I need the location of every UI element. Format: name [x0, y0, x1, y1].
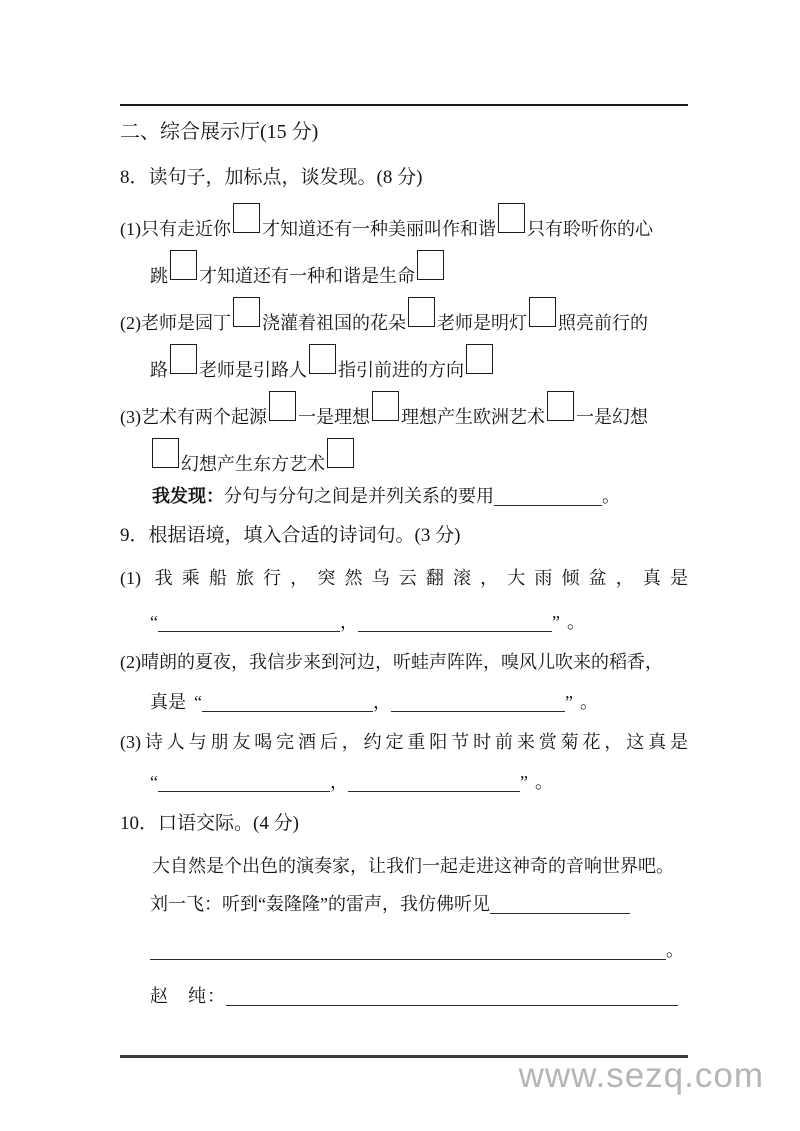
punctuation-box — [170, 250, 197, 280]
q9-item1-text: (1) 我乘船旅行，突然乌云翻滚，大雨倾盆，真是 — [120, 563, 688, 593]
punctuation-box — [269, 391, 296, 421]
q9-title: 9．根据语境，填入合适的诗词句。(3 分) — [120, 521, 688, 551]
punctuation-box — [529, 297, 556, 327]
q10-title: 10．口语交际。(4 分) — [120, 809, 688, 839]
punctuation-box — [309, 344, 336, 374]
content-area: 二、综合展示厅(15 分) 8．读句子，加标点，谈发现。(8 分) (1)只有走… — [120, 0, 688, 1058]
quote-open-mark: “ — [150, 772, 158, 792]
watermark: www.sezq.com — [519, 1056, 764, 1096]
quote-open-mark: “ — [150, 612, 158, 632]
liu-answer-blank — [490, 893, 630, 914]
q8-item2-line1: (2)老师是园丁浇灌着祖国的花朵老师是明灯照亮前行的 — [120, 297, 688, 338]
period-mark: 。 — [567, 612, 585, 632]
comma-mark: ， — [373, 692, 391, 712]
punctuation-box — [417, 250, 444, 280]
punctuation-box — [233, 297, 260, 327]
q8-item1-text: (1)只有走近你 — [120, 219, 231, 239]
q8-item2-line2: 路老师是引路人指引前进的方向 — [120, 344, 688, 385]
q9-item1-answer-line: “，”。 — [120, 607, 688, 637]
punctuation-box — [466, 344, 493, 374]
discovery-text: 分句与分句之间是并列关系的要用 — [224, 486, 494, 506]
answer-blank-2 — [348, 771, 520, 792]
exam-page: 二、综合展示厅(15 分) 8．读句子，加标点，谈发现。(8 分) (1)只有走… — [0, 0, 800, 1131]
quote-open-mark: “ — [194, 692, 202, 712]
q9-item2-answer-line: 真是“，”。 — [120, 687, 688, 717]
answer-blank-1 — [158, 611, 340, 632]
period-mark: 。 — [535, 772, 553, 792]
q8-item3-line1: (3)艺术有两个起源一是理想理想产生欧洲艺术一是幻想 — [120, 391, 688, 432]
period-mark: 。 — [666, 940, 684, 960]
section-heading: 二、综合展示厅(15 分) — [120, 117, 688, 147]
q10-zhao-line: 赵 纯： — [120, 981, 688, 1011]
continuation-blank — [150, 939, 666, 960]
discovery-blank — [494, 485, 602, 506]
q8-discovery-line: 我发现：分句与分句之间是并列关系的要用。 — [120, 481, 688, 511]
q8-item3-line2: 幻想产生东方艺术 — [120, 438, 688, 479]
q10-liu-line: 刘一飞：听到“轰隆隆”的雷声，我仿佛听见 — [120, 889, 688, 919]
punctuation-box — [170, 344, 197, 374]
answer-lead: 真是 — [150, 692, 186, 712]
zhao-label: 赵 纯： — [150, 986, 226, 1006]
punctuation-box — [152, 438, 179, 468]
punctuation-box — [498, 203, 525, 233]
zhao-answer-blank — [226, 985, 678, 1006]
q10-intro: 大自然是个出色的演奏家，让我们一起走进这神奇的音响世界吧。 — [120, 851, 688, 881]
q10-continuation-line: 。 — [120, 935, 688, 965]
q9-item3-text: (3)诗人与朋友喝完酒后，约定重阳节时前来赏菊花，这真是 — [120, 727, 688, 757]
quote-close-mark: ” — [520, 772, 528, 792]
answer-blank-2 — [358, 611, 552, 632]
comma-mark: ， — [340, 612, 358, 632]
punctuation-box — [547, 391, 574, 421]
q9-item2-text: (2)晴朗的夏夜，我信步来到河边，听蛙声阵阵，嗅风儿吹来的稻香， — [120, 647, 688, 677]
q8-title: 8．读句子，加标点，谈发现。(8 分) — [120, 163, 688, 193]
answer-blank-1 — [202, 691, 373, 712]
liu-text: 刘一飞：听到“轰隆隆”的雷声，我仿佛听见 — [150, 894, 490, 914]
discovery-label: 我发现： — [152, 486, 224, 506]
quote-close-mark: ” — [565, 692, 573, 712]
period-mark: 。 — [602, 486, 620, 506]
punctuation-box — [233, 203, 260, 233]
answer-blank-1 — [158, 771, 330, 792]
comma-mark: ， — [330, 772, 348, 792]
answer-blank-2 — [391, 691, 565, 712]
quote-close-mark: ” — [552, 612, 560, 632]
q9-item3-answer-line: “，”。 — [120, 767, 688, 797]
punctuation-box — [327, 438, 354, 468]
period-mark: 。 — [580, 692, 598, 712]
punctuation-box — [408, 297, 435, 327]
top-divider — [120, 104, 688, 106]
punctuation-box — [372, 391, 399, 421]
q8-item1-line1: (1)只有走近你才知道还有一种美丽叫作和谐只有聆听你的心 — [120, 203, 688, 244]
q8-item1-line2: 跳才知道还有一种和谐是生命 — [120, 250, 688, 291]
